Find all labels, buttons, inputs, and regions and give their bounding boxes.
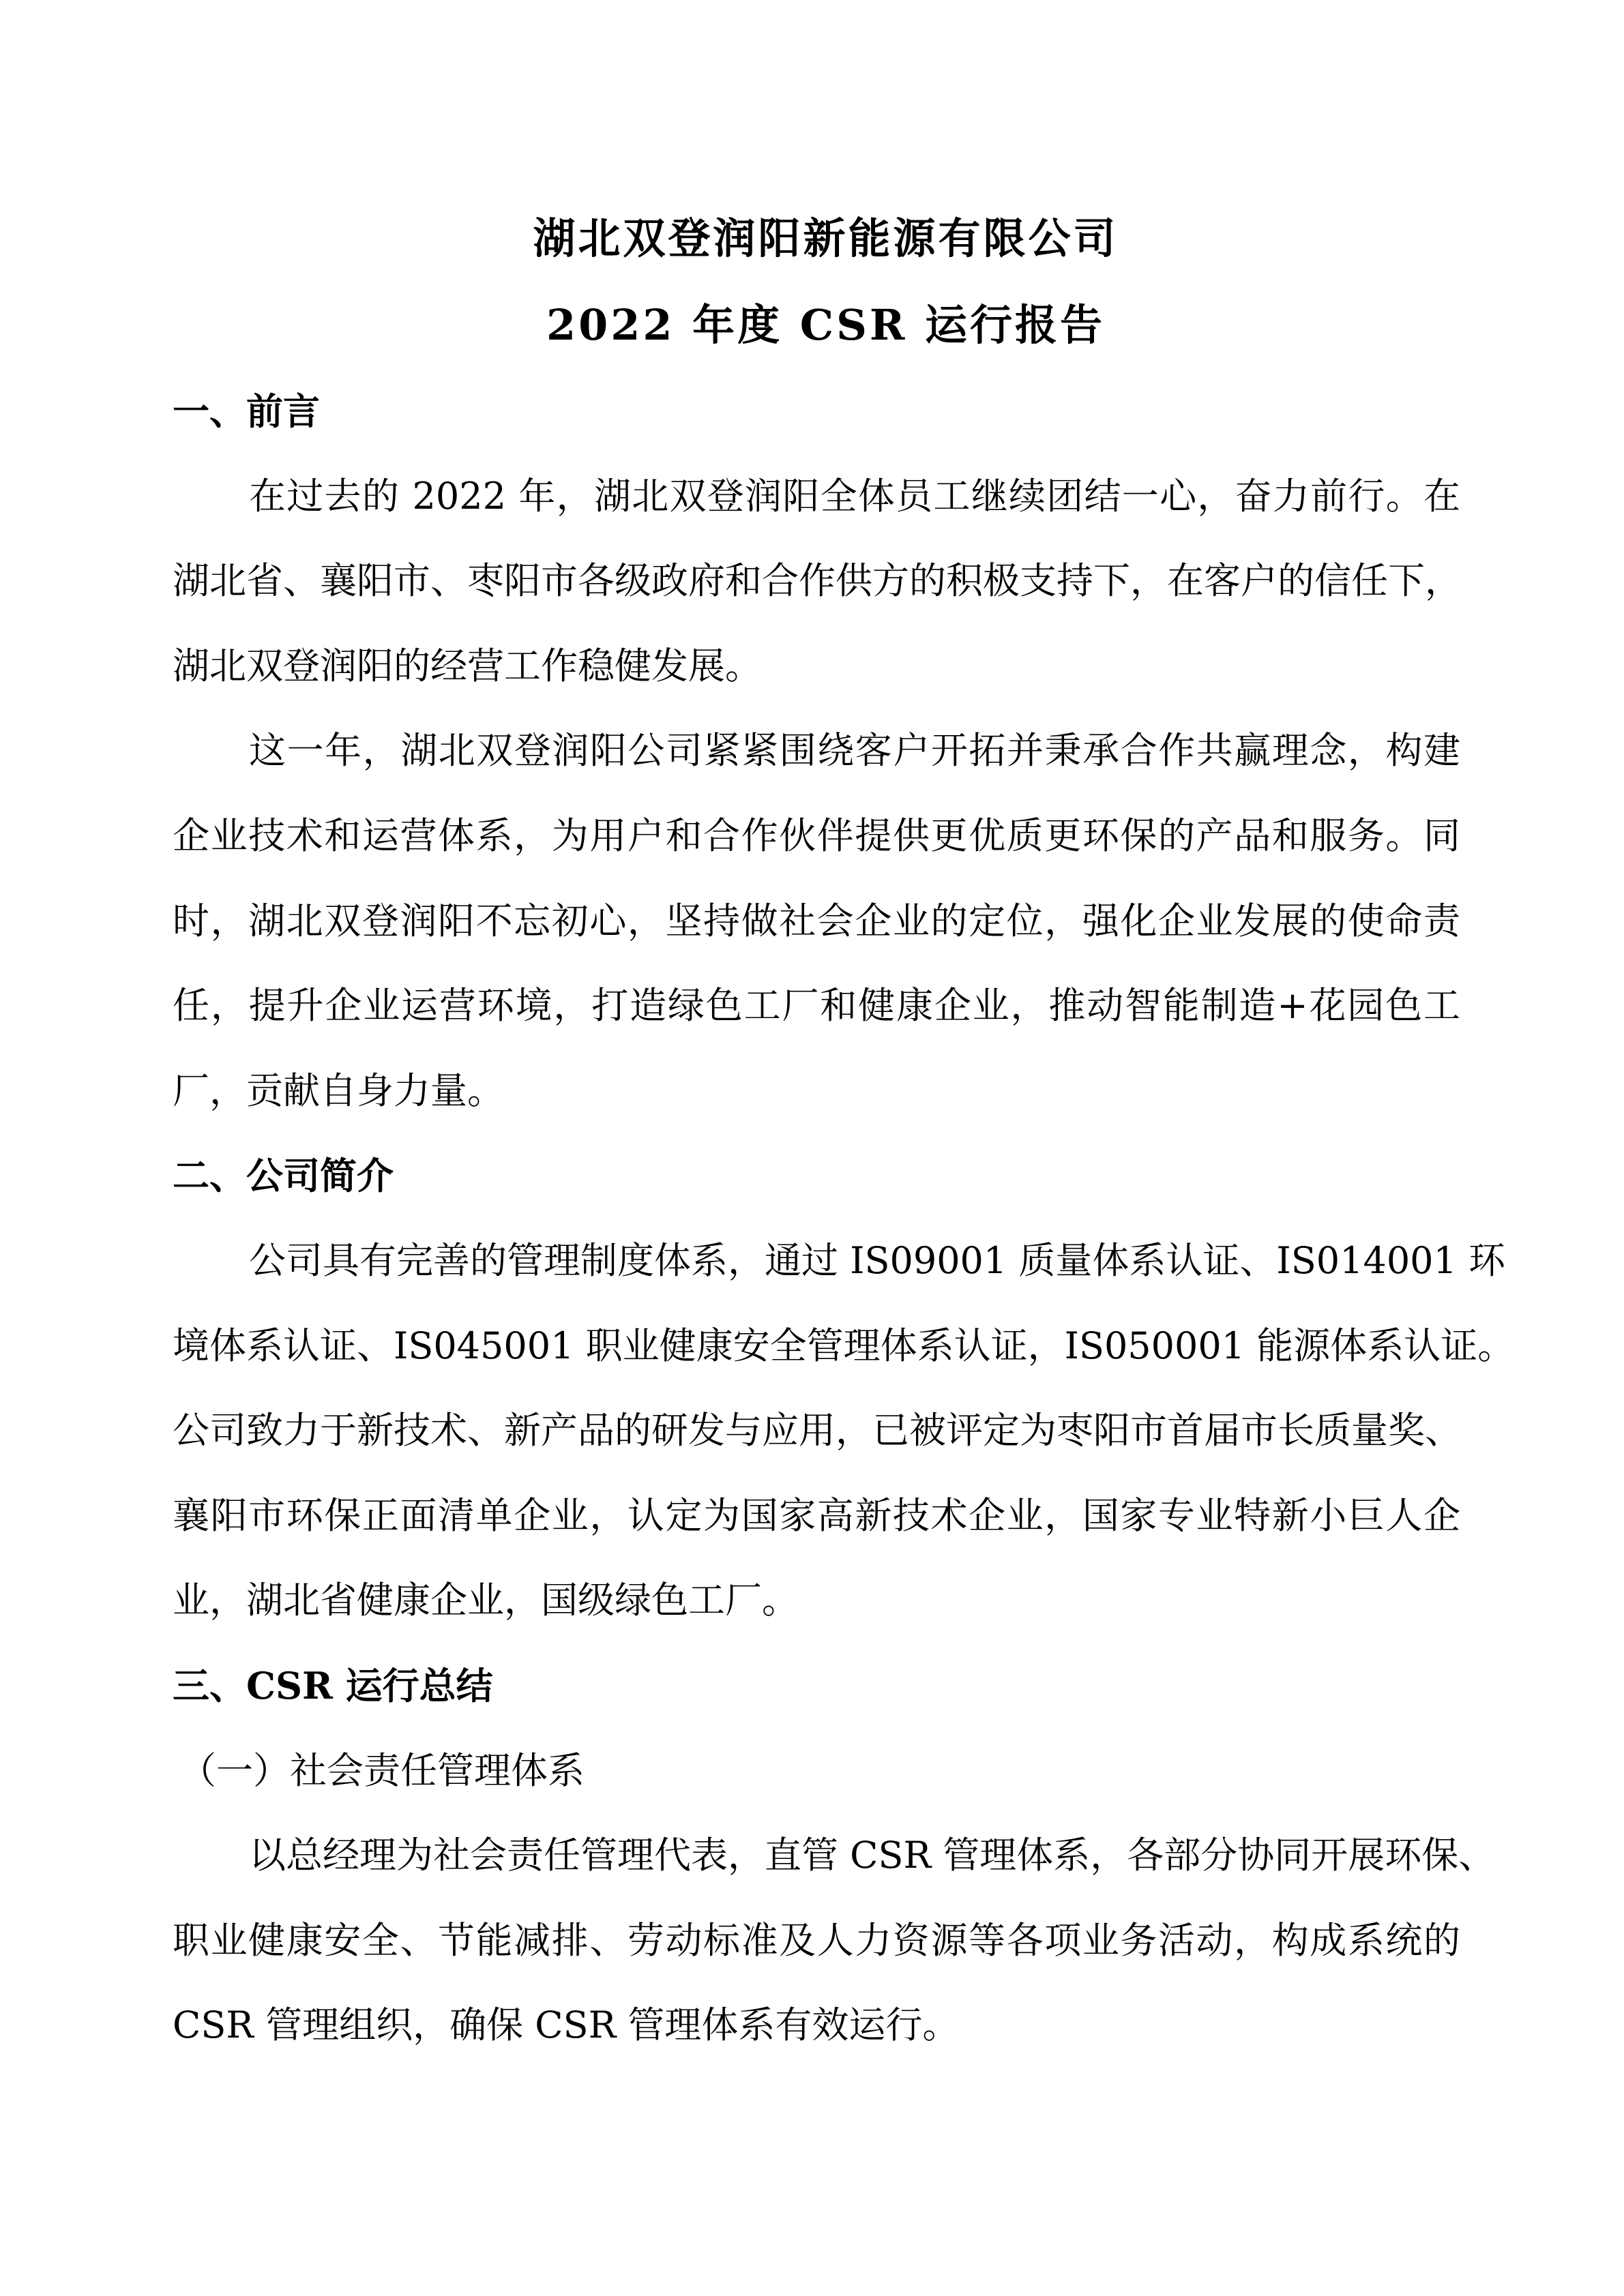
- section-heading-company-profile: 二、公司简介: [173, 1133, 1460, 1219]
- paragraph-line: 公司致力于新技术、新产品的研发与应用，已被评定为枣阳市首届市长质量奖、: [173, 1388, 1460, 1474]
- paragraph-line: 这一年，湖北双登润阳公司紧紧围绕客户开拓并秉承合作共赢理念，构建: [173, 709, 1460, 794]
- paragraph-line: 境体系认证、IS045001 职业健康安全管理体系认证，IS050001 能源体…: [173, 1304, 1460, 1389]
- paragraph-line: 厂，贡献自身力量。: [173, 1049, 1460, 1134]
- paragraph-line: 湖北省、襄阳市、枣阳市各级政府和合作供方的积极支持下，在客户的信任下，: [173, 539, 1460, 624]
- paragraph-line: 以总经理为社会责任管理代表，直管 CSR 管理体系，各部分协同开展环保、: [173, 1813, 1460, 1898]
- paragraph-line: 湖北双登润阳的经营工作稳健发展。: [173, 624, 1460, 709]
- paragraph-line: 时，湖北双登润阳不忘初心，坚持做社会企业的定位，强化企业发展的使命责: [173, 879, 1460, 964]
- paragraph-line: 业，湖北省健康企业，国级绿色工厂。: [173, 1558, 1460, 1643]
- subsection-heading-csr-management-system: （一）社会责任管理体系: [173, 1729, 1460, 1814]
- paragraph: 公司具有完善的管理制度体系，通过 IS09001 质量体系认证、IS014001…: [173, 1219, 1460, 1643]
- paragraph-line: 公司具有完善的管理制度体系，通过 IS09001 质量体系认证、IS014001…: [173, 1219, 1460, 1304]
- paragraph: 这一年，湖北双登润阳公司紧紧围绕客户开拓并秉承合作共赢理念，构建 企业技术和运营…: [173, 709, 1460, 1133]
- section-heading-csr-summary: 三、CSR 运行总结: [173, 1643, 1460, 1729]
- document-body: 一、前言 在过去的 2022 年，湖北双登润阳全体员工继续团结一心，奋力前行。在…: [173, 369, 1460, 2068]
- paragraph-line: 职业健康安全、节能减排、劳动标准及人力资源等各项业务活动，构成系统的: [173, 1898, 1460, 1984]
- paragraph-line: 任，提升企业运营环境，打造绿色工厂和健康企业，推动智能制造+花园色工: [173, 964, 1460, 1049]
- document-page: 湖北双登润阳新能源有限公司 2022 年度 CSR 运行报告 一、前言 在过去的…: [0, 0, 1624, 2296]
- paragraph: 以总经理为社会责任管理代表，直管 CSR 管理体系，各部分协同开展环保、 职业健…: [173, 1813, 1460, 2068]
- paragraph-line: 襄阳市环保正面清单企业，认定为国家高新技术企业，国家专业特新小巨人企: [173, 1474, 1460, 1559]
- paragraph-line: 企业技术和运营体系，为用户和合作伙伴提供更优质更环保的产品和服务。同: [173, 794, 1460, 879]
- paragraph: 在过去的 2022 年，湖北双登润阳全体员工继续团结一心，奋力前行。在 湖北省、…: [173, 454, 1460, 709]
- section-heading-preface: 一、前言: [173, 369, 1460, 454]
- paragraph-line: 在过去的 2022 年，湖北双登润阳全体员工继续团结一心，奋力前行。在: [173, 454, 1460, 539]
- document-title-company: 湖北双登润阳新能源有限公司: [0, 211, 1624, 266]
- document-title-report: 2022 年度 CSR 运行报告: [0, 298, 1624, 353]
- paragraph-line: CSR 管理组织，确保 CSR 管理体系有效运行。: [173, 1983, 1460, 2068]
